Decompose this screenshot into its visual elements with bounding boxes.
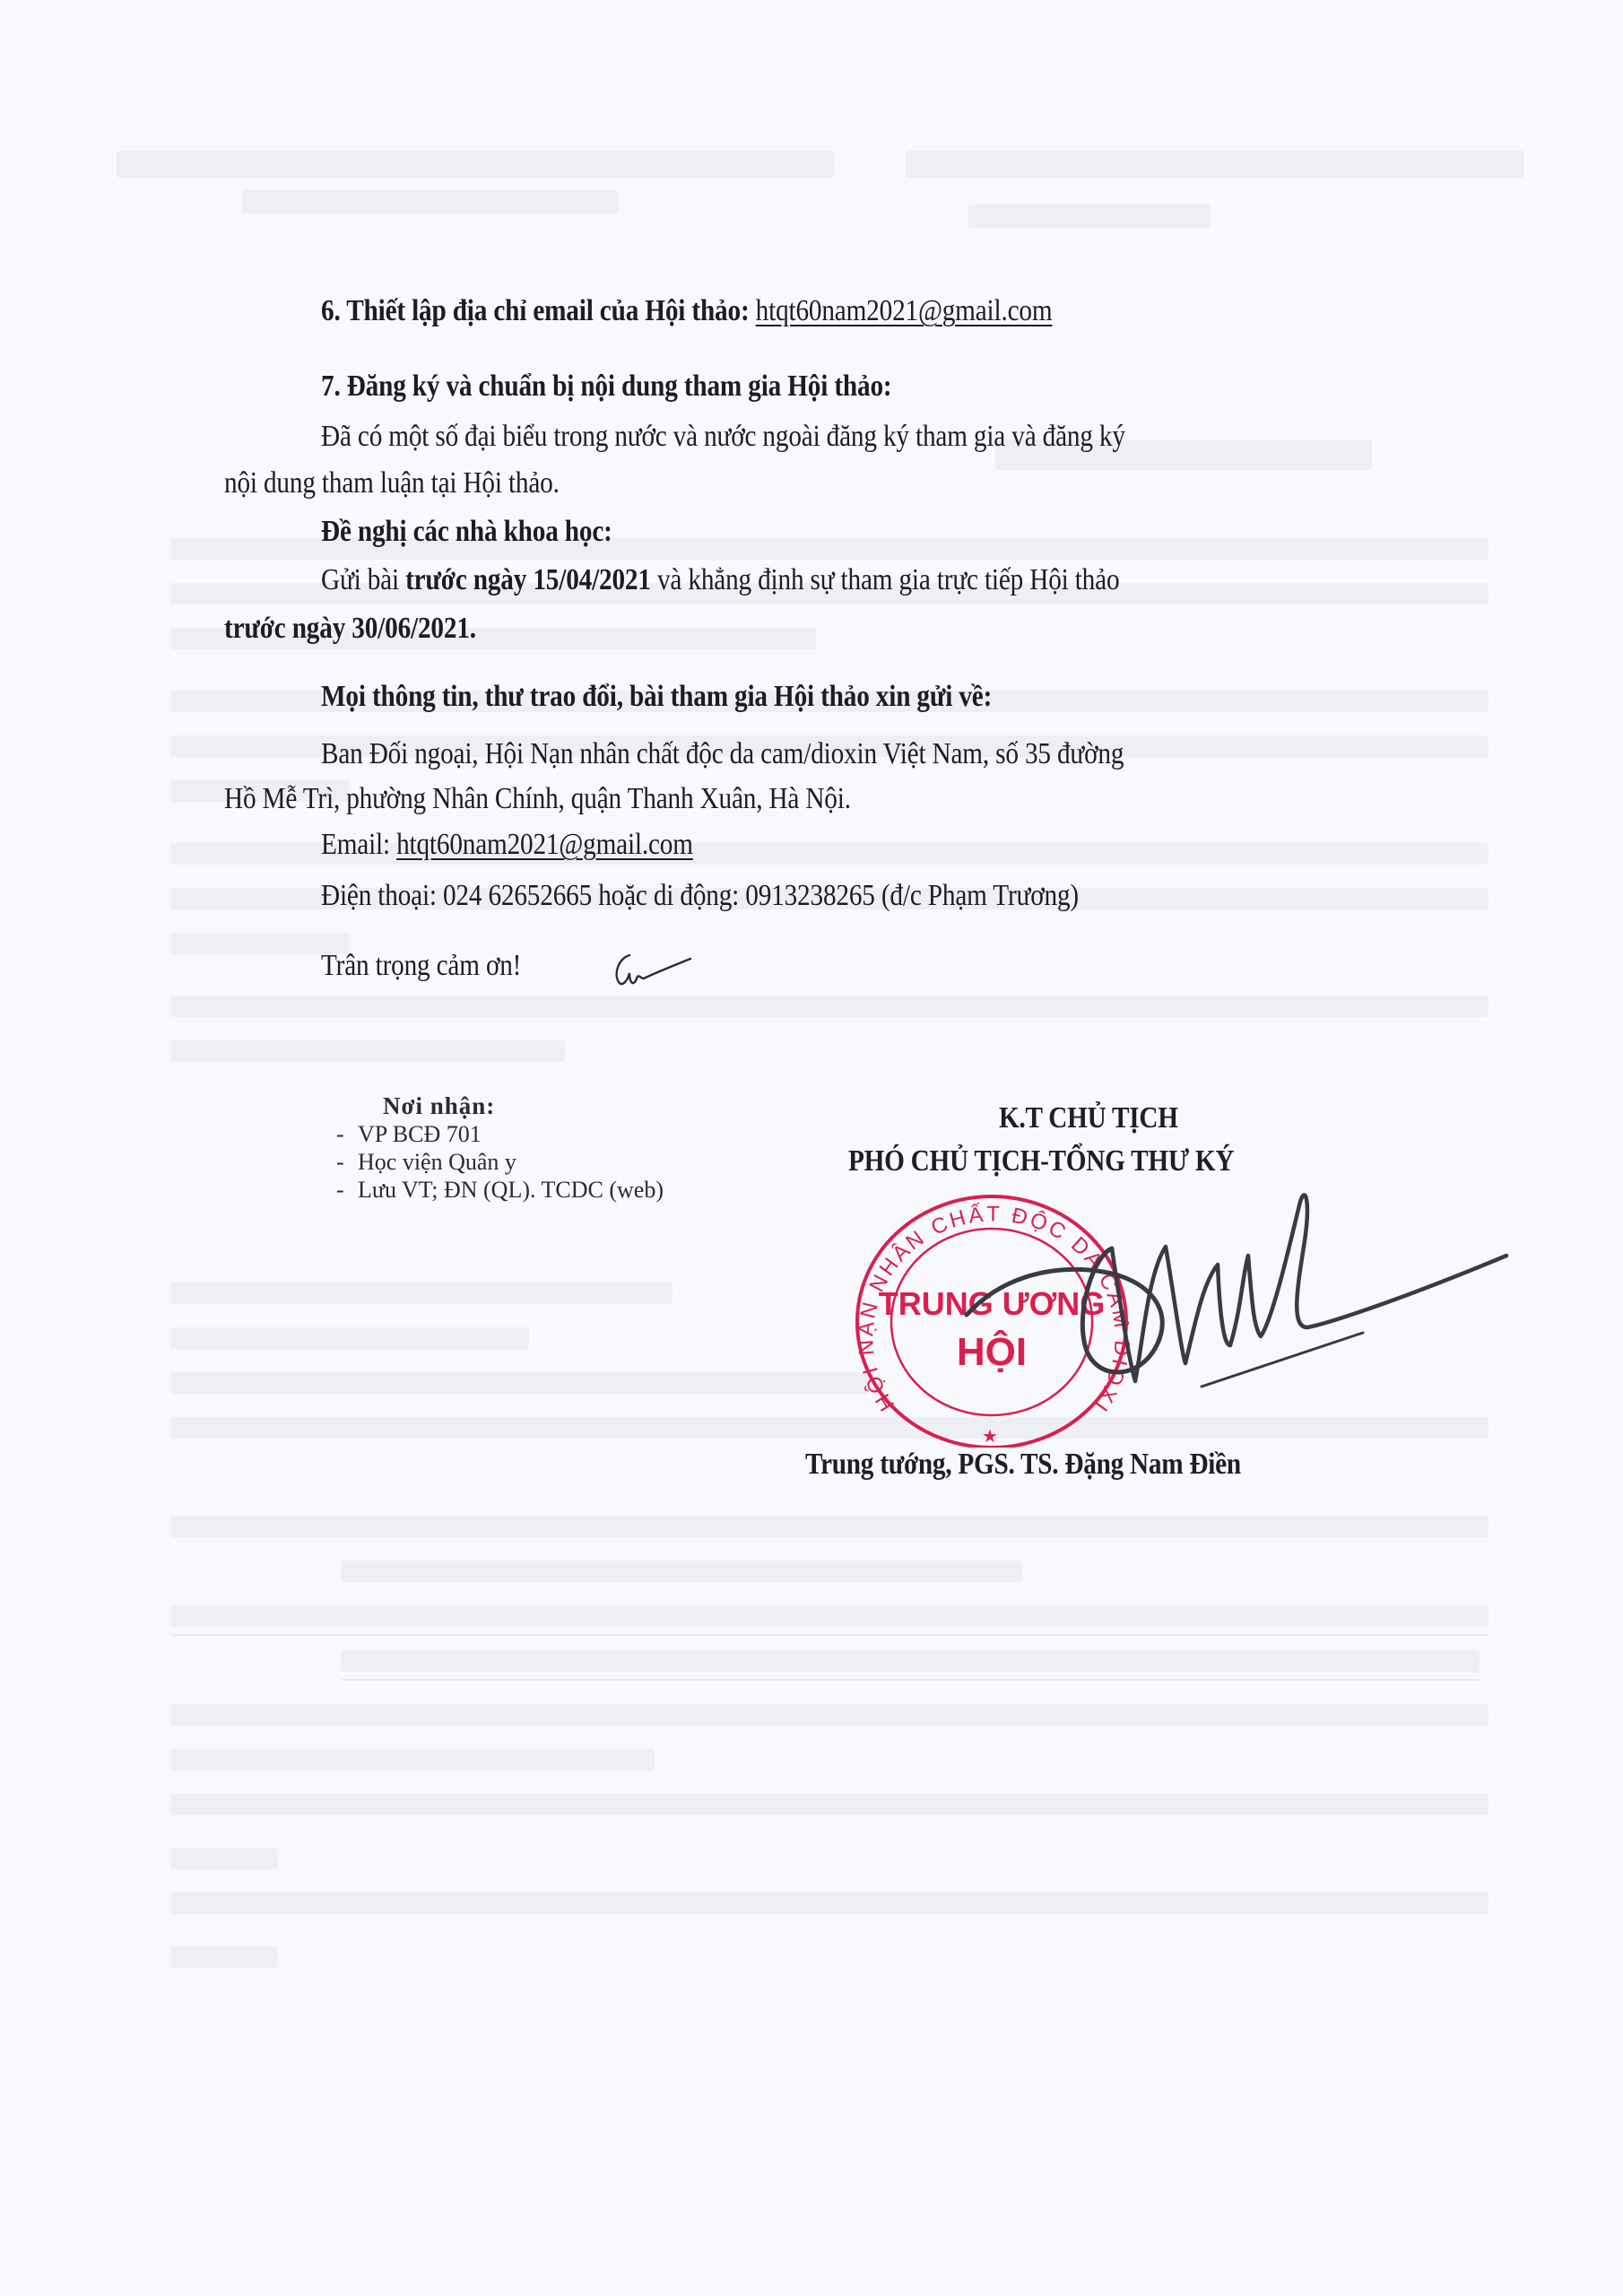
section6-heading-text: 6. Thiết lập địa chỉ email của Hội thảo: [321,294,750,327]
section7-paragraph-line2: nội dung tham luận tại Hội thảo. [224,468,560,499]
section6-heading: 6. Thiết lập địa chỉ email của Hội thảo:… [321,296,1052,326]
signer-name: Trung tướng, PGS. TS. Đặng Nam Điền [805,1448,1241,1482]
request-heading: Đề nghị các nhà khoa học: [321,517,612,547]
section7-paragraph-line1: Đã có một số đại biểu trong nước và nước… [321,422,1125,452]
signature-line1: K.T CHỦ TỊCH [999,1101,1178,1135]
recipients-title: Nơi nhận: [383,1092,664,1120]
email-label: Email: [321,828,396,861]
section6-email-link[interactable]: htqt60nam2021@gmail.com [756,294,1053,327]
contact-email: Email: htqt60nam2021@gmail.com [321,830,693,860]
recipient-item: Lưu VT; ĐN (QL). TCDC (web) [336,1176,664,1204]
recipient-item: Học viện Quân y [336,1148,664,1176]
recipients-block: Nơi nhận: VP BCĐ 701 Học viện Quân y Lưu… [336,1092,664,1204]
recipient-item: VP BCĐ 701 [336,1120,664,1148]
closing-text: Trân trọng cảm ơn! [321,951,521,981]
request-middle: và khẳng định sự tham gia trực tiếp Hội … [651,563,1120,596]
scanned-page [43,22,1603,2282]
initials-flourish-icon [610,946,695,996]
deadline-attendance: trước ngày 30/06/2021. [224,613,476,644]
address-line1: Ban Đối ngoại, Hội Nạn nhân chất độc da … [321,739,1124,770]
request-line1: Gửi bài trước ngày 15/04/2021 và khẳng đ… [321,565,1119,596]
request-prefix: Gửi bài [321,563,405,596]
phone-line: Điện thoại: 024 62652665 hoặc di động: 0… [321,881,1079,911]
contact-email-link[interactable]: htqt60nam2021@gmail.com [396,828,693,861]
handwritten-signature-icon [950,1166,1524,1435]
deadline-submission: trước ngày 15/04/2021 [405,563,651,596]
contact-heading: Mọi thông tin, thư trao đổi, bài tham gi… [321,682,992,712]
address-line2: Hồ Mễ Trì, phường Nhân Chính, quận Thanh… [224,784,851,814]
section7-heading: 7. Đăng ký và chuẩn bị nội dung tham gia… [321,371,891,402]
